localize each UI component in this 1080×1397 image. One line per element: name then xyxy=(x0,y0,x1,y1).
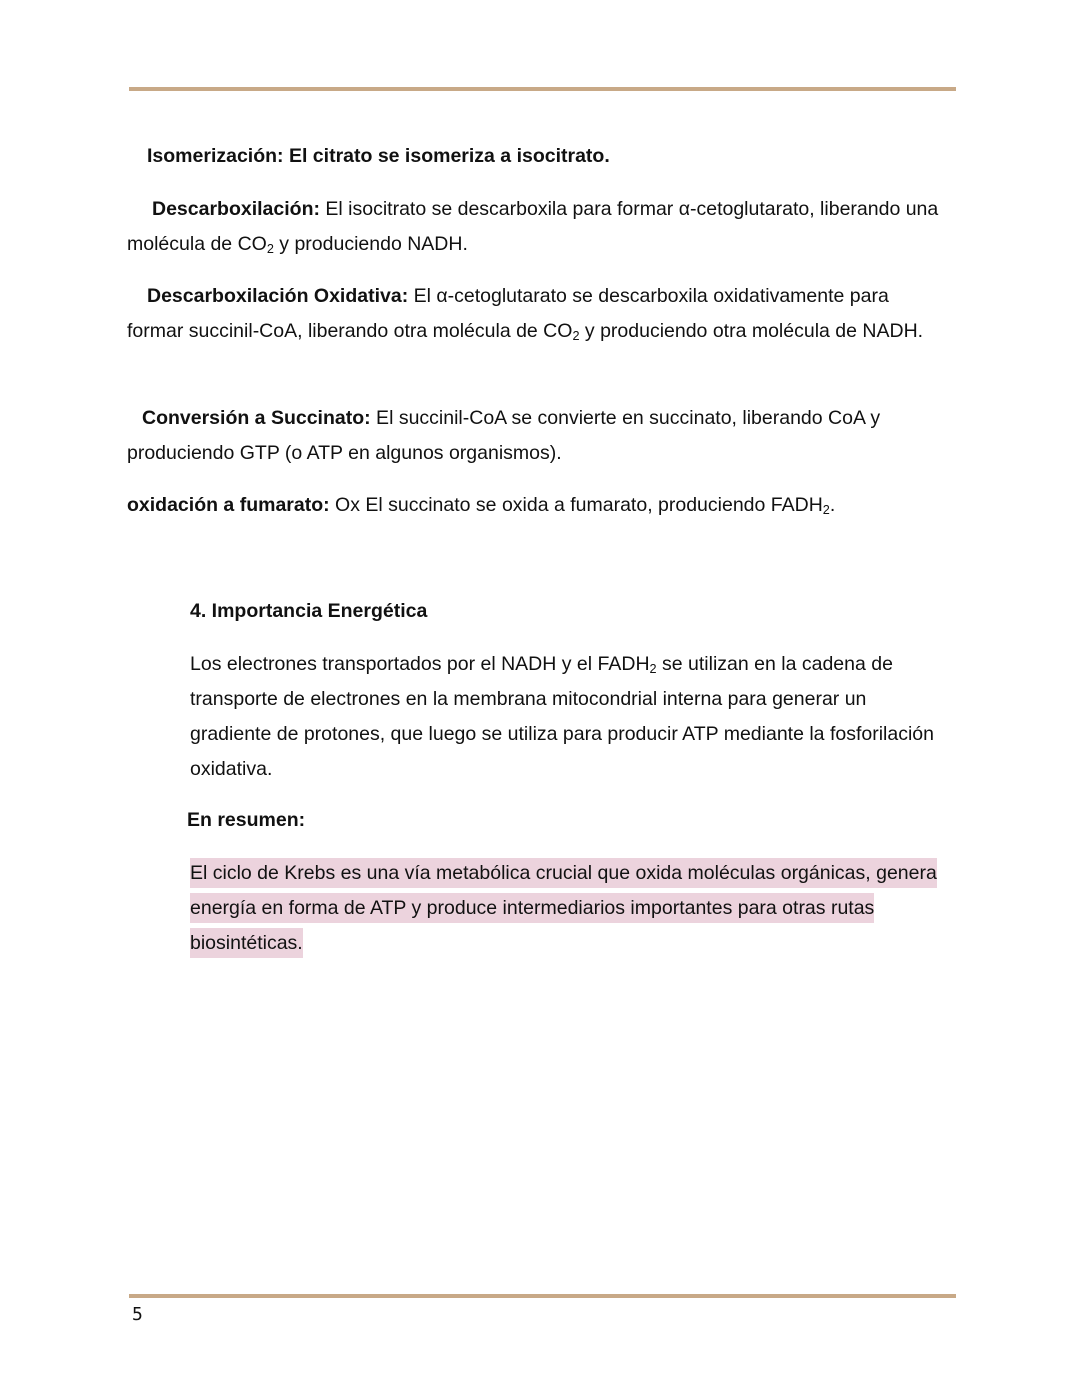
step-label: Descarboxilación Oxidativa: xyxy=(147,285,408,307)
step-text: . xyxy=(830,494,835,516)
step-conversion-succinato: Conversión a Succinato: El succinil-CoA … xyxy=(127,401,947,471)
summary-heading: En resumen: xyxy=(187,803,947,838)
subscript: 2 xyxy=(823,503,830,517)
step-isomerizacion: Isomerización: El citrato se isomeriza a… xyxy=(147,139,947,174)
section-body: Los electrones transportados por el NADH… xyxy=(190,647,940,787)
header-rule xyxy=(129,87,956,91)
body-text: Los electrones transportados por el NADH… xyxy=(190,653,650,675)
step-text: y produciendo otra molécula de NADH. xyxy=(579,320,923,342)
step-label: Descarboxilación: xyxy=(152,198,320,220)
step-text: y produciendo NADH. xyxy=(274,233,468,255)
subscript: 2 xyxy=(650,662,657,676)
step-text: Ox El succinato se oxida a fumarato, pro… xyxy=(330,494,823,516)
step-descarboxilacion: Descarboxilación: El isocitrato se desca… xyxy=(127,192,947,262)
highlighted-summary-text: El ciclo de Krebs es una vía metabólica … xyxy=(190,858,937,958)
footer-rule xyxy=(129,1294,956,1298)
step-descarboxilacion-oxidativa: Descarboxilación Oxidativa: El α-cetoglu… xyxy=(127,279,947,349)
step-label: Conversión a Succinato: xyxy=(142,407,371,429)
subscript: 2 xyxy=(267,242,274,256)
step-oxidacion-fumarato: oxidación a fumarato: Ox El succinato se… xyxy=(127,488,947,523)
page-number: 5 xyxy=(132,1304,143,1325)
section-heading: 4. Importancia Energética xyxy=(190,594,950,629)
summary-paragraph: El ciclo de Krebs es una vía metabólica … xyxy=(190,856,940,961)
step-text: El citrato se isomeriza a isocitrato. xyxy=(284,145,610,167)
step-label: oxidación a fumarato: xyxy=(127,494,330,516)
step-label: Isomerización: xyxy=(147,145,284,167)
